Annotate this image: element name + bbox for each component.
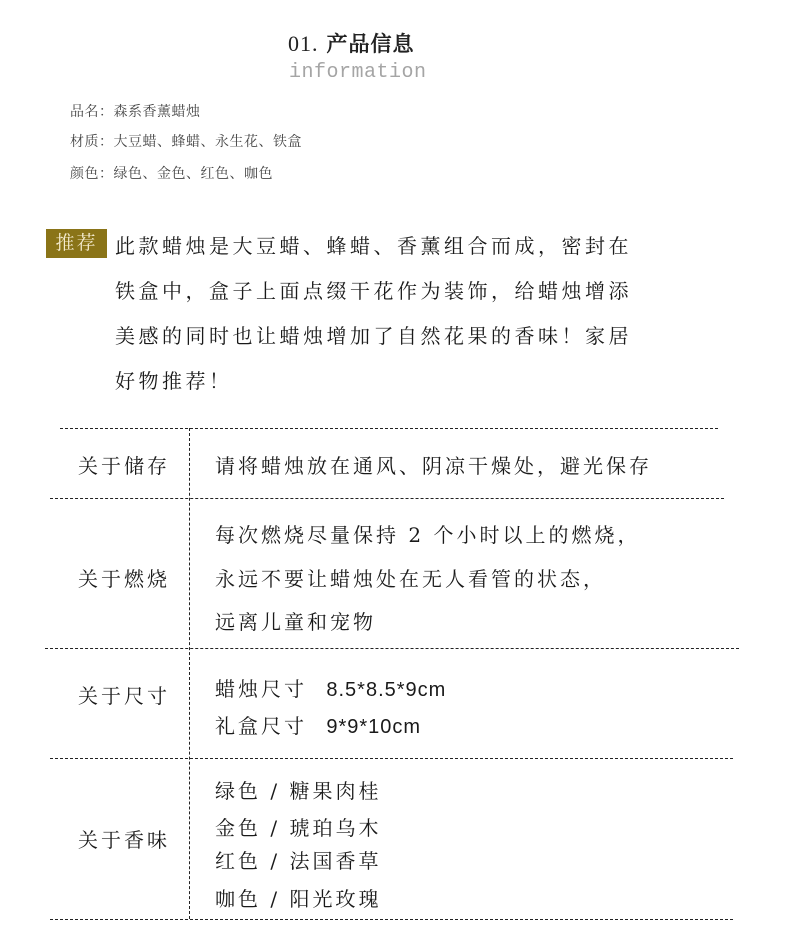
size-value: 8.5*8.5*9cm bbox=[326, 679, 446, 701]
spec-material: 材质：大豆蜡、蜂蜡、永生花、铁盒 bbox=[70, 131, 302, 151]
scent-item: 红色 / 法国香草 bbox=[215, 845, 381, 874]
size-giftbox: 礼盒尺寸 9*9*10cm bbox=[215, 710, 421, 739]
spec-label: 颜色： bbox=[70, 166, 114, 182]
size-name: 蜡烛尺寸 bbox=[215, 677, 307, 701]
scent-item: 金色 / 琥珀乌木 bbox=[215, 812, 381, 841]
section-subtitle: information bbox=[289, 61, 427, 84]
recommend-text-line: 此款蜡烛是大豆蜡、蜂蜡、香薰组合而成，密封在 bbox=[115, 230, 632, 259]
section-number: 01. bbox=[288, 31, 319, 56]
table-divider-top bbox=[60, 428, 718, 429]
row-label-scent: 关于香味 bbox=[78, 824, 170, 853]
row-label-storage: 关于储存 bbox=[78, 450, 170, 479]
recommend-text-line: 好物推荐！ bbox=[115, 365, 233, 394]
spec-value: 绿色、金色、红色、咖色 bbox=[114, 166, 274, 182]
table-divider bbox=[50, 758, 733, 759]
row-value-storage: 请将蜡烛放在通风、阴凉干燥处，避光保存 bbox=[215, 450, 652, 479]
size-value: 9*9*10cm bbox=[326, 716, 421, 738]
spec-color: 颜色：绿色、金色、红色、咖色 bbox=[70, 163, 273, 183]
table-divider bbox=[45, 648, 739, 649]
spec-product-name: 品名：森系香薰蜡烛 bbox=[70, 101, 201, 121]
spec-value: 森系香薰蜡烛 bbox=[114, 104, 201, 120]
table-divider bbox=[50, 498, 724, 499]
section-title-text: 产品信息 bbox=[327, 32, 415, 56]
size-name: 礼盒尺寸 bbox=[215, 714, 307, 738]
scent-item: 咖色 / 阳光玫瑰 bbox=[215, 883, 381, 912]
spec-label: 材质： bbox=[70, 134, 114, 150]
spec-label: 品名： bbox=[70, 104, 114, 120]
size-candle: 蜡烛尺寸 8.5*8.5*9cm bbox=[215, 673, 446, 702]
section-title: 01. 产品信息 bbox=[288, 28, 415, 58]
spec-value: 大豆蜡、蜂蜡、永生花、铁盒 bbox=[114, 134, 303, 150]
row-value-burning-line: 远离儿童和宠物 bbox=[215, 606, 376, 635]
recommend-text-line: 铁盒中，盒子上面点缀干花作为装饰，给蜡烛增添 bbox=[115, 275, 632, 304]
table-divider-bottom bbox=[50, 919, 733, 920]
table-column-divider bbox=[189, 428, 190, 919]
row-label-burning: 关于燃烧 bbox=[78, 563, 170, 592]
recommend-text-line: 美感的同时也让蜡烛增加了自然花果的香味！家居 bbox=[115, 320, 632, 349]
scent-item: 绿色 / 糖果肉桂 bbox=[215, 775, 381, 804]
row-value-burning-line: 每次燃烧尽量保持 2 个小时以上的燃烧， bbox=[215, 519, 640, 548]
row-value-burning-line: 永远不要让蜡烛处在无人看管的状态， bbox=[215, 563, 606, 592]
recommend-badge: 推荐 bbox=[46, 229, 107, 258]
row-label-size: 关于尺寸 bbox=[78, 680, 170, 709]
